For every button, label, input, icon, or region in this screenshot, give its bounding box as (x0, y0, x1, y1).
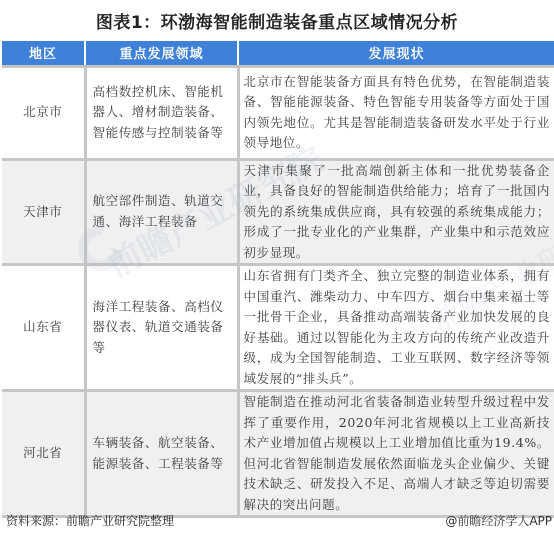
cell-status: 山东省拥有门类齐全、独立完整的制造业体系，拥有中国重汽、潍柴动力、中车四方、烟台… (238, 265, 554, 391)
header-region: 地区 (2, 41, 85, 66)
cell-focus: 海洋工程装备、高档仪器仪表、轨道交通装备等 (85, 265, 238, 391)
table-header-row: 地区 重点发展领域 发展现状 (2, 41, 554, 66)
cell-region: 北京市 (2, 66, 85, 159)
cell-status: 北京市在智能装备方面具有特色优势，在智能制造装备、智能能源装备、特色智能专用装备… (238, 66, 554, 159)
header-development-status: 发展现状 (238, 41, 554, 66)
table-row: 天津市 航空部件制造、轨道交通、海洋工程装备 天津市集聚了一批高端创新主体和一批… (2, 159, 554, 265)
cell-status: 智能制造在推动河北省装备制造业转型升级过程中发挥了重要作用，2020年河北省规模… (238, 391, 554, 517)
credit-note: @前瞻经济学人APP (445, 512, 552, 529)
region-analysis-table: 地区 重点发展领域 发展现状 北京市 高档数控机床、智能机器人、增材制造装备、智… (2, 41, 554, 518)
cell-status: 天津市集聚了一批高端创新主体和一批优势装备企业，具备良好的智能制造供给能力；培育… (238, 159, 554, 265)
cell-focus: 高档数控机床、智能机器人、增材制造装备、智能传感与控制装备等 (85, 66, 238, 159)
cell-region: 河北省 (2, 391, 85, 517)
cell-region: 天津市 (2, 159, 85, 265)
chart-title: 图表1：环渤海智能制造装备重点区域情况分析 (0, 8, 554, 33)
cell-focus: 航空部件制造、轨道交通、海洋工程装备 (85, 159, 238, 265)
source-note: 资料来源：前瞻产业研究院整理 (6, 512, 174, 529)
cell-focus: 车辆装备、航空装备、能源装备、工程装备等 (85, 391, 238, 517)
header-focus-areas: 重点发展领域 (85, 41, 238, 66)
cell-region: 山东省 (2, 265, 85, 391)
table-row: 北京市 高档数控机床、智能机器人、增材制造装备、智能传感与控制装备等 北京市在智… (2, 66, 554, 159)
table-row: 河北省 车辆装备、航空装备、能源装备、工程装备等 智能制造在推动河北省装备制造业… (2, 391, 554, 517)
table-row: 山东省 海洋工程装备、高档仪器仪表、轨道交通装备等 山东省拥有门类齐全、独立完整… (2, 265, 554, 391)
